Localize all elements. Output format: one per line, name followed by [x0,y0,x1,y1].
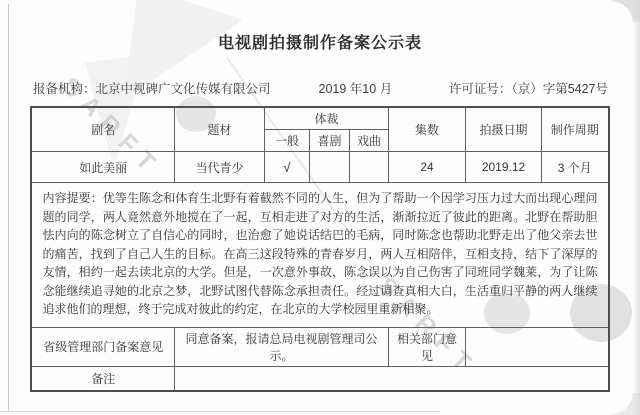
cell-genre-comedy-check [309,152,349,183]
scan-left-edge-line [8,4,9,411]
header-production-cycle: 制作周期 [542,107,609,152]
header-episodes: 集数 [389,107,466,152]
cell-provincial-opinion-label: 省级管理部门备案意见 [31,327,174,366]
header-shoot-date: 拍摄日期 [466,107,542,152]
cell-genre-opera-check [349,152,388,183]
cell-genre-general-check: √ [264,152,309,183]
filing-period: 2019 年10 月 [319,79,393,97]
scan-corner-bottom-right [612,393,640,415]
filing-org: 报备机构：北京中视碑广文化传媒有限公司 [33,79,271,97]
license-number: 许可证号：（京）字第5427号 [449,79,608,97]
cell-subject: 当代青少 [174,152,264,183]
cell-production-cycle: 3 个月 [542,152,609,183]
cell-related-dept-opinion [466,327,609,366]
cell-provincial-opinion: 同意备案，报请总局电视剧管理司公示。 [174,327,388,366]
filing-org-name: 北京中视碑广文化传媒有限公司 [96,82,271,96]
synopsis-text: 优等生陈念和体育生北野有着截然不同的人生，但为了帮助一个因学习压力过大而出现心理… [42,191,597,316]
scan-right-edge-shadow [633,0,640,415]
scan-bottom-edge-line [0,411,440,412]
header-genre: 体裁 [264,107,388,130]
page-title: 电视剧拍摄制作备案公示表 [0,0,640,53]
cell-remarks [174,366,608,391]
cell-related-dept-label: 相关部门意见 [389,327,466,366]
synopsis-label: 内容提要： [42,191,102,205]
header-genre-comedy: 喜剧 [309,130,349,152]
cell-drama-name: 如此美丽 [31,152,174,183]
header-genre-general: 一般 [264,130,309,152]
header-subject: 题材 [174,107,264,152]
license-label: 许可证号： [449,82,512,96]
license-value: （京）字第5427号 [511,82,608,96]
filing-table: 剧名 题材 体裁 集数 拍摄日期 制作周期 一般 喜剧 戏曲 如此美丽 当代青少… [30,106,609,392]
filing-org-label: 报备机构： [33,82,96,96]
cell-remarks-label: 备注 [31,366,174,391]
filing-form-page: SARFT SARFT 电视剧拍摄制作备案公示表 报备机构：北京中视碑广文化传媒… [0,0,640,415]
meta-line: 报备机构：北京中视碑广文化传媒有限公司 2019 年10 月 许可证号：（京）字… [33,79,608,97]
cell-synopsis: 内容提要：优等生陈念和体育生北野有着截然不同的人生，但为了帮助一个因学习压力过大… [31,183,608,328]
cell-shoot-date: 2019.12 [466,152,542,183]
cell-episodes: 24 [389,152,466,183]
header-genre-opera: 戏曲 [349,130,388,152]
header-drama-name: 剧名 [31,107,174,152]
